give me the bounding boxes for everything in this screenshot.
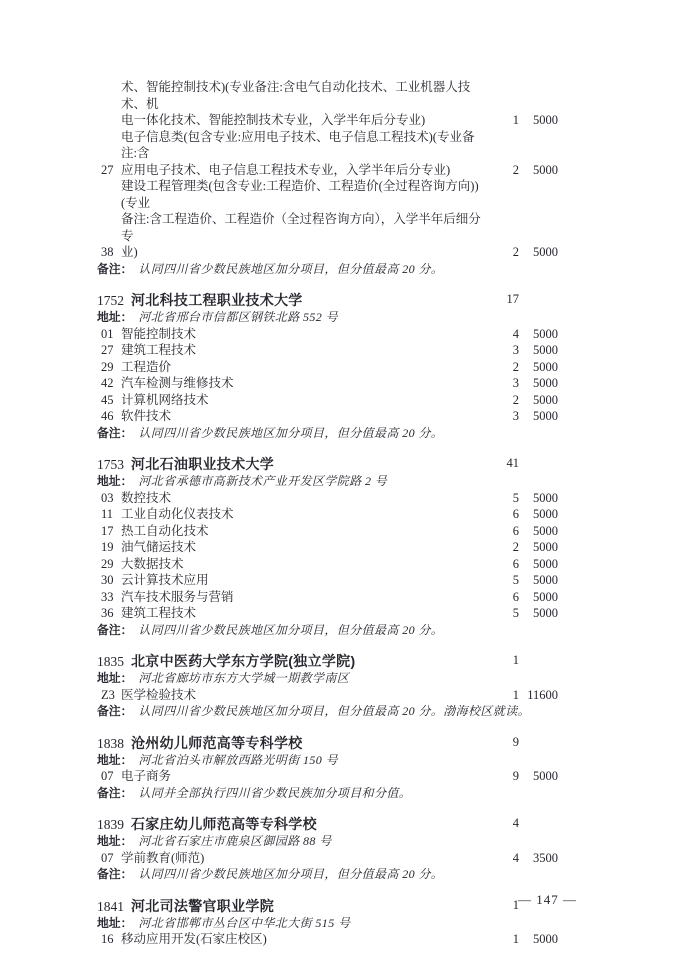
major-name: 智能控制技术 — [121, 326, 487, 343]
major-row: 术、智能控制技术)(专业备注:含电气自动化技术、工业机器人技术、机电一体化技术、… — [97, 79, 558, 129]
major-tuition-fee: 5000 — [519, 375, 558, 392]
major-row: 29大数据技术65000 — [97, 556, 558, 573]
note-row: 备注：认同四川省少数民族地区加分项目，但分值最高 20 分。 — [97, 622, 558, 639]
major-code: 45 — [97, 392, 121, 409]
note-row: 备注：认同四川省少数民族地区加分项目，但分值最高 20 分。 — [97, 866, 558, 883]
page-footer: — 147 — — [518, 892, 577, 908]
major-name-line: 油气储运技术 — [121, 539, 487, 556]
major-name-line: 备注:含工程造价、工程造价（全过程咨询方向），入学半年后细分专 — [121, 211, 487, 244]
note-row: 备注：认同四川省少数民族地区加分项目，但分值最高 20 分。 — [97, 261, 558, 278]
address-row: 地址：河北省泊头市解放西路光明街 150 号 — [97, 752, 558, 769]
note-row: 备注：认同并全部执行四川省少数民族加分项目和分值。 — [97, 785, 558, 802]
address-row: 地址：河北省石家庄市鹿泉区御园路 88 号 — [97, 833, 558, 850]
university-title: 1839石家庄幼儿师范高等专科学校 — [97, 816, 487, 833]
university-name: 河北司法警官职业学院 — [131, 898, 274, 914]
major-code: 42 — [97, 375, 121, 392]
major-tuition-fee: 5000 — [519, 244, 558, 261]
university-section: 1841河北司法警官职业学院1地址：河北省邯郸市丛台区中华北大街 515 号16… — [97, 897, 558, 948]
major-name: 汽车检测与维修技术 — [121, 375, 487, 392]
university-plan-count: 9 — [487, 734, 519, 752]
university-section: 术、智能控制技术)(专业备注:含电气自动化技术、工业机器人技术、机电一体化技术、… — [97, 79, 558, 277]
university-code: 1838 — [97, 736, 124, 751]
university-header: 1752河北科技工程职业技术大学17 — [97, 291, 558, 309]
major-row: 45计算机网络技术25000 — [97, 392, 558, 409]
major-name-line: 电子商务 — [121, 768, 487, 785]
major-quota: 4 — [487, 850, 519, 867]
major-name: 软件技术 — [121, 408, 487, 425]
major-name-line: 软件技术 — [121, 408, 487, 425]
note-label: 备注： — [97, 866, 132, 883]
university-title: 1835北京中医药大学东方学院(独立学院) — [97, 653, 487, 670]
major-row: 03数控技术55000 — [97, 490, 558, 507]
major-name: 学前教育(师范) — [121, 850, 487, 867]
university-name: 河北科技工程职业技术大学 — [131, 292, 303, 308]
major-tuition-fee: 5000 — [519, 556, 558, 573]
major-name-line: 云计算技术应用 — [121, 572, 487, 589]
note-text: 认同四川省少数民族地区加分项目，但分值最高 20 分。 — [138, 261, 443, 278]
major-quota: 1 — [487, 687, 519, 704]
university-plan-count: 17 — [487, 291, 519, 309]
university-header: 1838沧州幼儿师范高等专科学校9 — [97, 734, 558, 752]
major-quota: 5 — [487, 605, 519, 622]
university-header: 1753河北石油职业技术大学41 — [97, 455, 558, 473]
major-name-line: 数控技术 — [121, 490, 487, 507]
university-code: 1835 — [97, 654, 124, 669]
university-header: 1841河北司法警官职业学院1 — [97, 897, 558, 915]
major-tuition-fee: 5000 — [519, 342, 558, 359]
note-row: 备注：认同四川省少数民族地区加分项目，但分值最高 20 分。 — [97, 425, 558, 442]
major-name-line: 建筑工程技术 — [121, 605, 487, 622]
major-quota: 1 — [487, 112, 519, 129]
major-row: 19油气储运技术25000 — [97, 539, 558, 556]
major-name: 计算机网络技术 — [121, 392, 487, 409]
major-name: 建筑工程技术 — [121, 605, 487, 622]
major-name: 油气储运技术 — [121, 539, 487, 556]
university-header: 1839石家庄幼儿师范高等专科学校4 — [97, 815, 558, 833]
university-header: 1835北京中医药大学东方学院(独立学院)1 — [97, 652, 558, 670]
note-text: 认同四川省少数民族地区加分项目，但分值最高 20 分。 — [138, 866, 443, 883]
major-name: 电子商务 — [121, 768, 487, 785]
university-section: 1839石家庄幼儿师范高等专科学校4地址：河北省石家庄市鹿泉区御园路 88 号0… — [97, 815, 558, 883]
university-code: 1753 — [97, 457, 124, 472]
major-quota: 6 — [487, 589, 519, 606]
major-code: 03 — [97, 490, 121, 507]
university-code: 1839 — [97, 817, 124, 832]
major-code: 27 — [97, 342, 121, 359]
note-label: 备注： — [97, 425, 132, 442]
major-name: 电子信息类(包含专业:应用电子技术、电子信息工程技术)(专业备注:含应用电子技术… — [121, 129, 487, 179]
major-name: 工程造价 — [121, 359, 487, 376]
major-name-line: 移动应用开发(石家庄校区) — [121, 931, 487, 948]
major-row: 07学前教育(师范)43500 — [97, 850, 558, 867]
note-label: 备注： — [97, 785, 132, 802]
university-title: 1841河北司法警官职业学院 — [97, 898, 487, 915]
university-name: 河北石油职业技术大学 — [131, 456, 274, 472]
note-label: 备注： — [97, 703, 132, 720]
major-name-line: 汽车检测与维修技术 — [121, 375, 487, 392]
note-label: 备注： — [97, 622, 132, 639]
note-text: 认同四川省少数民族地区加分项目，但分值最高 20 分。渤海校区就读。 — [138, 703, 530, 720]
address-label: 地址： — [97, 309, 132, 326]
address-label: 地址： — [97, 670, 132, 687]
admissions-listing: 术、智能控制技术)(专业备注:含电气自动化技术、工业机器人技术、机电一体化技术、… — [97, 79, 558, 948]
major-code: 46 — [97, 408, 121, 425]
major-code: 19 — [97, 539, 121, 556]
major-name: 云计算技术应用 — [121, 572, 487, 589]
major-code: 33 — [97, 589, 121, 606]
note-label: 备注： — [97, 261, 132, 278]
major-quota: 2 — [487, 392, 519, 409]
major-name-line: 电一体化技术、智能控制技术专业，入学半年后分专业) — [121, 112, 487, 129]
major-tuition-fee: 5000 — [519, 539, 558, 556]
major-name-line: 业) — [121, 244, 487, 261]
major-quota: 2 — [487, 244, 519, 261]
major-tuition-fee: 5000 — [519, 359, 558, 376]
major-row: 01智能控制技术45000 — [97, 326, 558, 343]
major-tuition-fee: 5000 — [519, 523, 558, 540]
university-name: 北京中医药大学东方学院(独立学院) — [131, 653, 355, 669]
major-name-line: 热工自动化技术 — [121, 523, 487, 540]
major-name: 热工自动化技术 — [121, 523, 487, 540]
major-row: 33汽车技术服务与营销65000 — [97, 589, 558, 606]
major-quota: 3 — [487, 342, 519, 359]
university-title: 1838沧州幼儿师范高等专科学校 — [97, 735, 487, 752]
major-name-line: 电子信息类(包含专业:应用电子技术、电子信息工程技术)(专业备注:含 — [121, 129, 487, 162]
address-label: 地址： — [97, 833, 132, 850]
major-name-line: 汽车技术服务与营销 — [121, 589, 487, 606]
major-tuition-fee: 5000 — [519, 931, 558, 948]
major-name: 移动应用开发(石家庄校区) — [121, 931, 487, 948]
university-section: 1753河北石油职业技术大学41地址：河北省承德市高新技术产业开发区学院路 2 … — [97, 455, 558, 638]
major-code: 29 — [97, 359, 121, 376]
address-row: 地址：河北省邯郸市丛台区中华北大街 515 号 — [97, 915, 558, 932]
university-title: 1753河北石油职业技术大学 — [97, 456, 487, 473]
major-row: 27建筑工程技术35000 — [97, 342, 558, 359]
university-code: 1841 — [97, 899, 124, 914]
major-code: 29 — [97, 556, 121, 573]
major-name-line: 大数据技术 — [121, 556, 487, 573]
university-section: 1838沧州幼儿师范高等专科学校9地址：河北省泊头市解放西路光明街 150 号0… — [97, 734, 558, 802]
major-tuition-fee: 5000 — [519, 605, 558, 622]
address-label: 地址： — [97, 473, 132, 490]
major-tuition-fee: 5000 — [519, 506, 558, 523]
major-row: Z3医学检验技术111600 — [97, 687, 558, 704]
major-name: 大数据技术 — [121, 556, 487, 573]
major-quota: 6 — [487, 556, 519, 573]
major-code: 30 — [97, 572, 121, 589]
address-row: 地址：河北省邢台市信都区钢铁北路 552 号 — [97, 309, 558, 326]
university-title: 1752河北科技工程职业技术大学 — [97, 292, 487, 309]
major-row: 30云计算技术应用55000 — [97, 572, 558, 589]
major-code: 27 — [97, 162, 121, 179]
address-label: 地址： — [97, 915, 132, 932]
major-row: 36建筑工程技术55000 — [97, 605, 558, 622]
major-tuition-fee: 5000 — [519, 589, 558, 606]
major-quota: 3 — [487, 408, 519, 425]
major-code: Z3 — [97, 687, 121, 704]
address-text: 河北省廊坊市东方大学城一期教学南区 — [138, 670, 349, 687]
major-row: 42汽车检测与维修技术35000 — [97, 375, 558, 392]
major-row: 11工业自动化仪表技术65000 — [97, 506, 558, 523]
major-code: 36 — [97, 605, 121, 622]
major-name-line: 学前教育(师范) — [121, 850, 487, 867]
document-page: 术、智能控制技术)(专业备注:含电气自动化技术、工业机器人技术、机电一体化技术、… — [0, 0, 680, 961]
major-name: 医学检验技术 — [121, 687, 487, 704]
university-section: 1752河北科技工程职业技术大学17地址：河北省邢台市信都区钢铁北路 552 号… — [97, 291, 558, 441]
major-tuition-fee: 5000 — [519, 392, 558, 409]
university-code: 1752 — [97, 293, 124, 308]
major-quota: 6 — [487, 506, 519, 523]
address-text: 河北省石家庄市鹿泉区御园路 88 号 — [138, 833, 331, 850]
major-row: 17热工自动化技术65000 — [97, 523, 558, 540]
major-row: 07电子商务95000 — [97, 768, 558, 785]
major-quota: 1 — [487, 931, 519, 948]
major-tuition-fee: 11600 — [519, 687, 558, 704]
major-row: 16移动应用开发(石家庄校区)15000 — [97, 931, 558, 948]
major-name-line: 工程造价 — [121, 359, 487, 376]
major-row: 38建设工程管理类(包含专业:工程造价、工程造价(全过程咨询方向))(专业备注:… — [97, 178, 558, 261]
note-text: 认同四川省少数民族地区加分项目，但分值最高 20 分。 — [138, 622, 443, 639]
major-tuition-fee: 5000 — [519, 162, 558, 179]
university-plan-count: 4 — [487, 815, 519, 833]
major-quota: 5 — [487, 490, 519, 507]
major-name-line: 智能控制技术 — [121, 326, 487, 343]
major-name: 术、智能控制技术)(专业备注:含电气自动化技术、工业机器人技术、机电一体化技术、… — [121, 79, 487, 129]
major-code: 07 — [97, 768, 121, 785]
university-name: 沧州幼儿师范高等专科学校 — [131, 735, 303, 751]
major-row: 46软件技术35000 — [97, 408, 558, 425]
major-quota: 9 — [487, 768, 519, 785]
major-name-line: 术、智能控制技术)(专业备注:含电气自动化技术、工业机器人技术、机 — [121, 79, 487, 112]
address-text: 河北省邢台市信都区钢铁北路 552 号 — [138, 309, 338, 326]
note-row: 备注：认同四川省少数民族地区加分项目，但分值最高 20 分。渤海校区就读。 — [97, 703, 558, 720]
major-code: 11 — [97, 506, 121, 523]
major-name: 工业自动化仪表技术 — [121, 506, 487, 523]
major-name-line: 工业自动化仪表技术 — [121, 506, 487, 523]
major-name: 建筑工程技术 — [121, 342, 487, 359]
major-name: 数控技术 — [121, 490, 487, 507]
address-text: 河北省邯郸市丛台区中华北大街 515 号 — [138, 915, 350, 932]
major-code: 01 — [97, 326, 121, 343]
major-tuition-fee: 3500 — [519, 850, 558, 867]
major-quota: 5 — [487, 572, 519, 589]
major-code: 38 — [97, 244, 121, 261]
university-plan-count: 1 — [487, 897, 519, 915]
major-row: 29工程造价25000 — [97, 359, 558, 376]
major-tuition-fee: 5000 — [519, 326, 558, 343]
major-name-line: 应用电子技术、电子信息工程技术专业，入学半年后分专业) — [121, 162, 487, 179]
university-section: 1835北京中医药大学东方学院(独立学院)1地址：河北省廊坊市东方大学城一期教学… — [97, 652, 558, 720]
major-name-line: 医学检验技术 — [121, 687, 487, 704]
major-code: 16 — [97, 931, 121, 948]
page-number: — 147 — — [518, 892, 577, 907]
major-quota: 2 — [487, 359, 519, 376]
major-quota: 4 — [487, 326, 519, 343]
major-tuition-fee: 5000 — [519, 490, 558, 507]
address-text: 河北省泊头市解放西路光明街 150 号 — [138, 752, 338, 769]
major-tuition-fee: 5000 — [519, 572, 558, 589]
note-text: 认同并全部执行四川省少数民族加分项目和分值。 — [138, 785, 411, 802]
note-text: 认同四川省少数民族地区加分项目，但分值最高 20 分。 — [138, 425, 443, 442]
major-code: 07 — [97, 850, 121, 867]
major-name-line: 建设工程管理类(包含专业:工程造价、工程造价(全过程咨询方向))(专业 — [121, 178, 487, 211]
major-quota: 2 — [487, 162, 519, 179]
address-text: 河北省承德市高新技术产业开发区学院路 2 号 — [138, 473, 387, 490]
major-quota: 2 — [487, 539, 519, 556]
major-name: 汽车技术服务与营销 — [121, 589, 487, 606]
major-row: 27电子信息类(包含专业:应用电子技术、电子信息工程技术)(专业备注:含应用电子… — [97, 129, 558, 179]
major-name-line: 计算机网络技术 — [121, 392, 487, 409]
address-row: 地址：河北省廊坊市东方大学城一期教学南区 — [97, 670, 558, 687]
major-tuition-fee: 5000 — [519, 112, 558, 129]
major-name: 建设工程管理类(包含专业:工程造价、工程造价(全过程咨询方向))(专业备注:含工… — [121, 178, 487, 261]
major-quota: 6 — [487, 523, 519, 540]
major-tuition-fee: 5000 — [519, 768, 558, 785]
major-quota: 3 — [487, 375, 519, 392]
university-plan-count: 1 — [487, 652, 519, 670]
major-tuition-fee: 5000 — [519, 408, 558, 425]
address-row: 地址：河北省承德市高新技术产业开发区学院路 2 号 — [97, 473, 558, 490]
major-code: 17 — [97, 523, 121, 540]
address-label: 地址： — [97, 752, 132, 769]
university-name: 石家庄幼儿师范高等专科学校 — [131, 816, 317, 832]
major-name-line: 建筑工程技术 — [121, 342, 487, 359]
university-plan-count: 41 — [487, 455, 519, 473]
